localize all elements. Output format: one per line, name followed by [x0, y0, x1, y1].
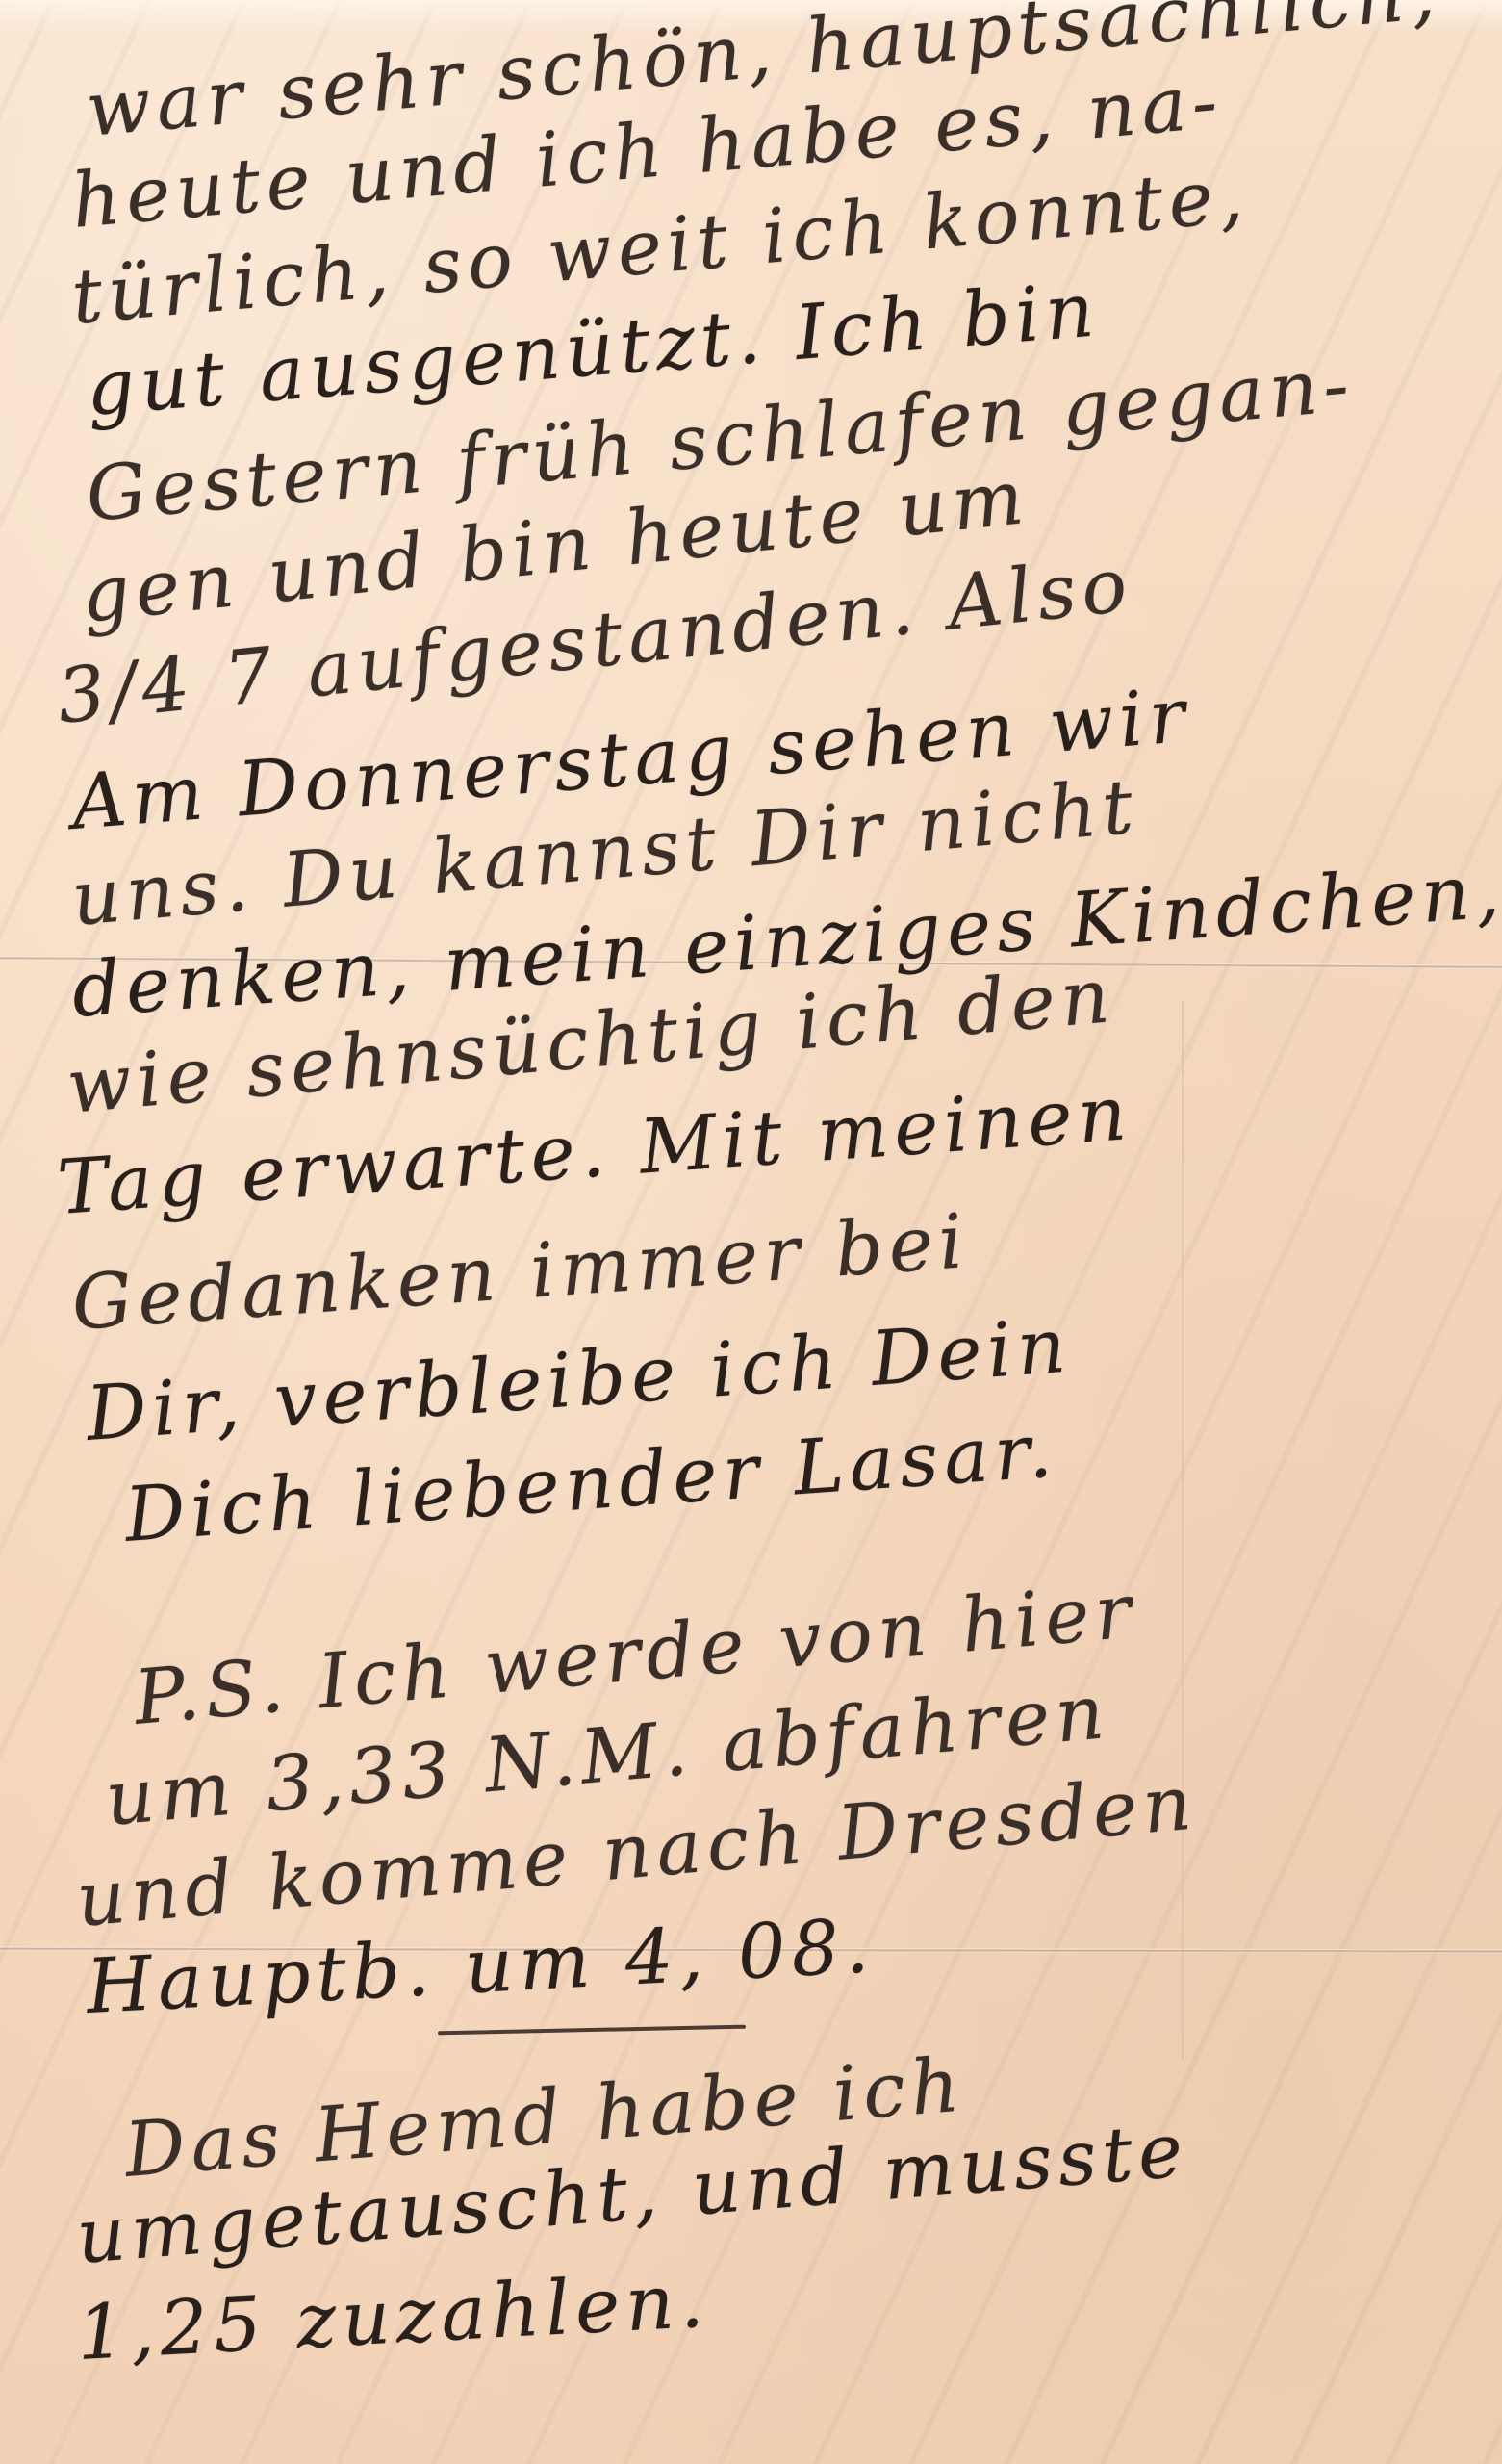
note-line: 1,25 zuzahlen.: [75, 2258, 712, 2377]
letter-body: war sehr schön, hauptsächlich, heute und…: [0, 0, 1502, 2464]
section-divider: [438, 2025, 746, 2036]
